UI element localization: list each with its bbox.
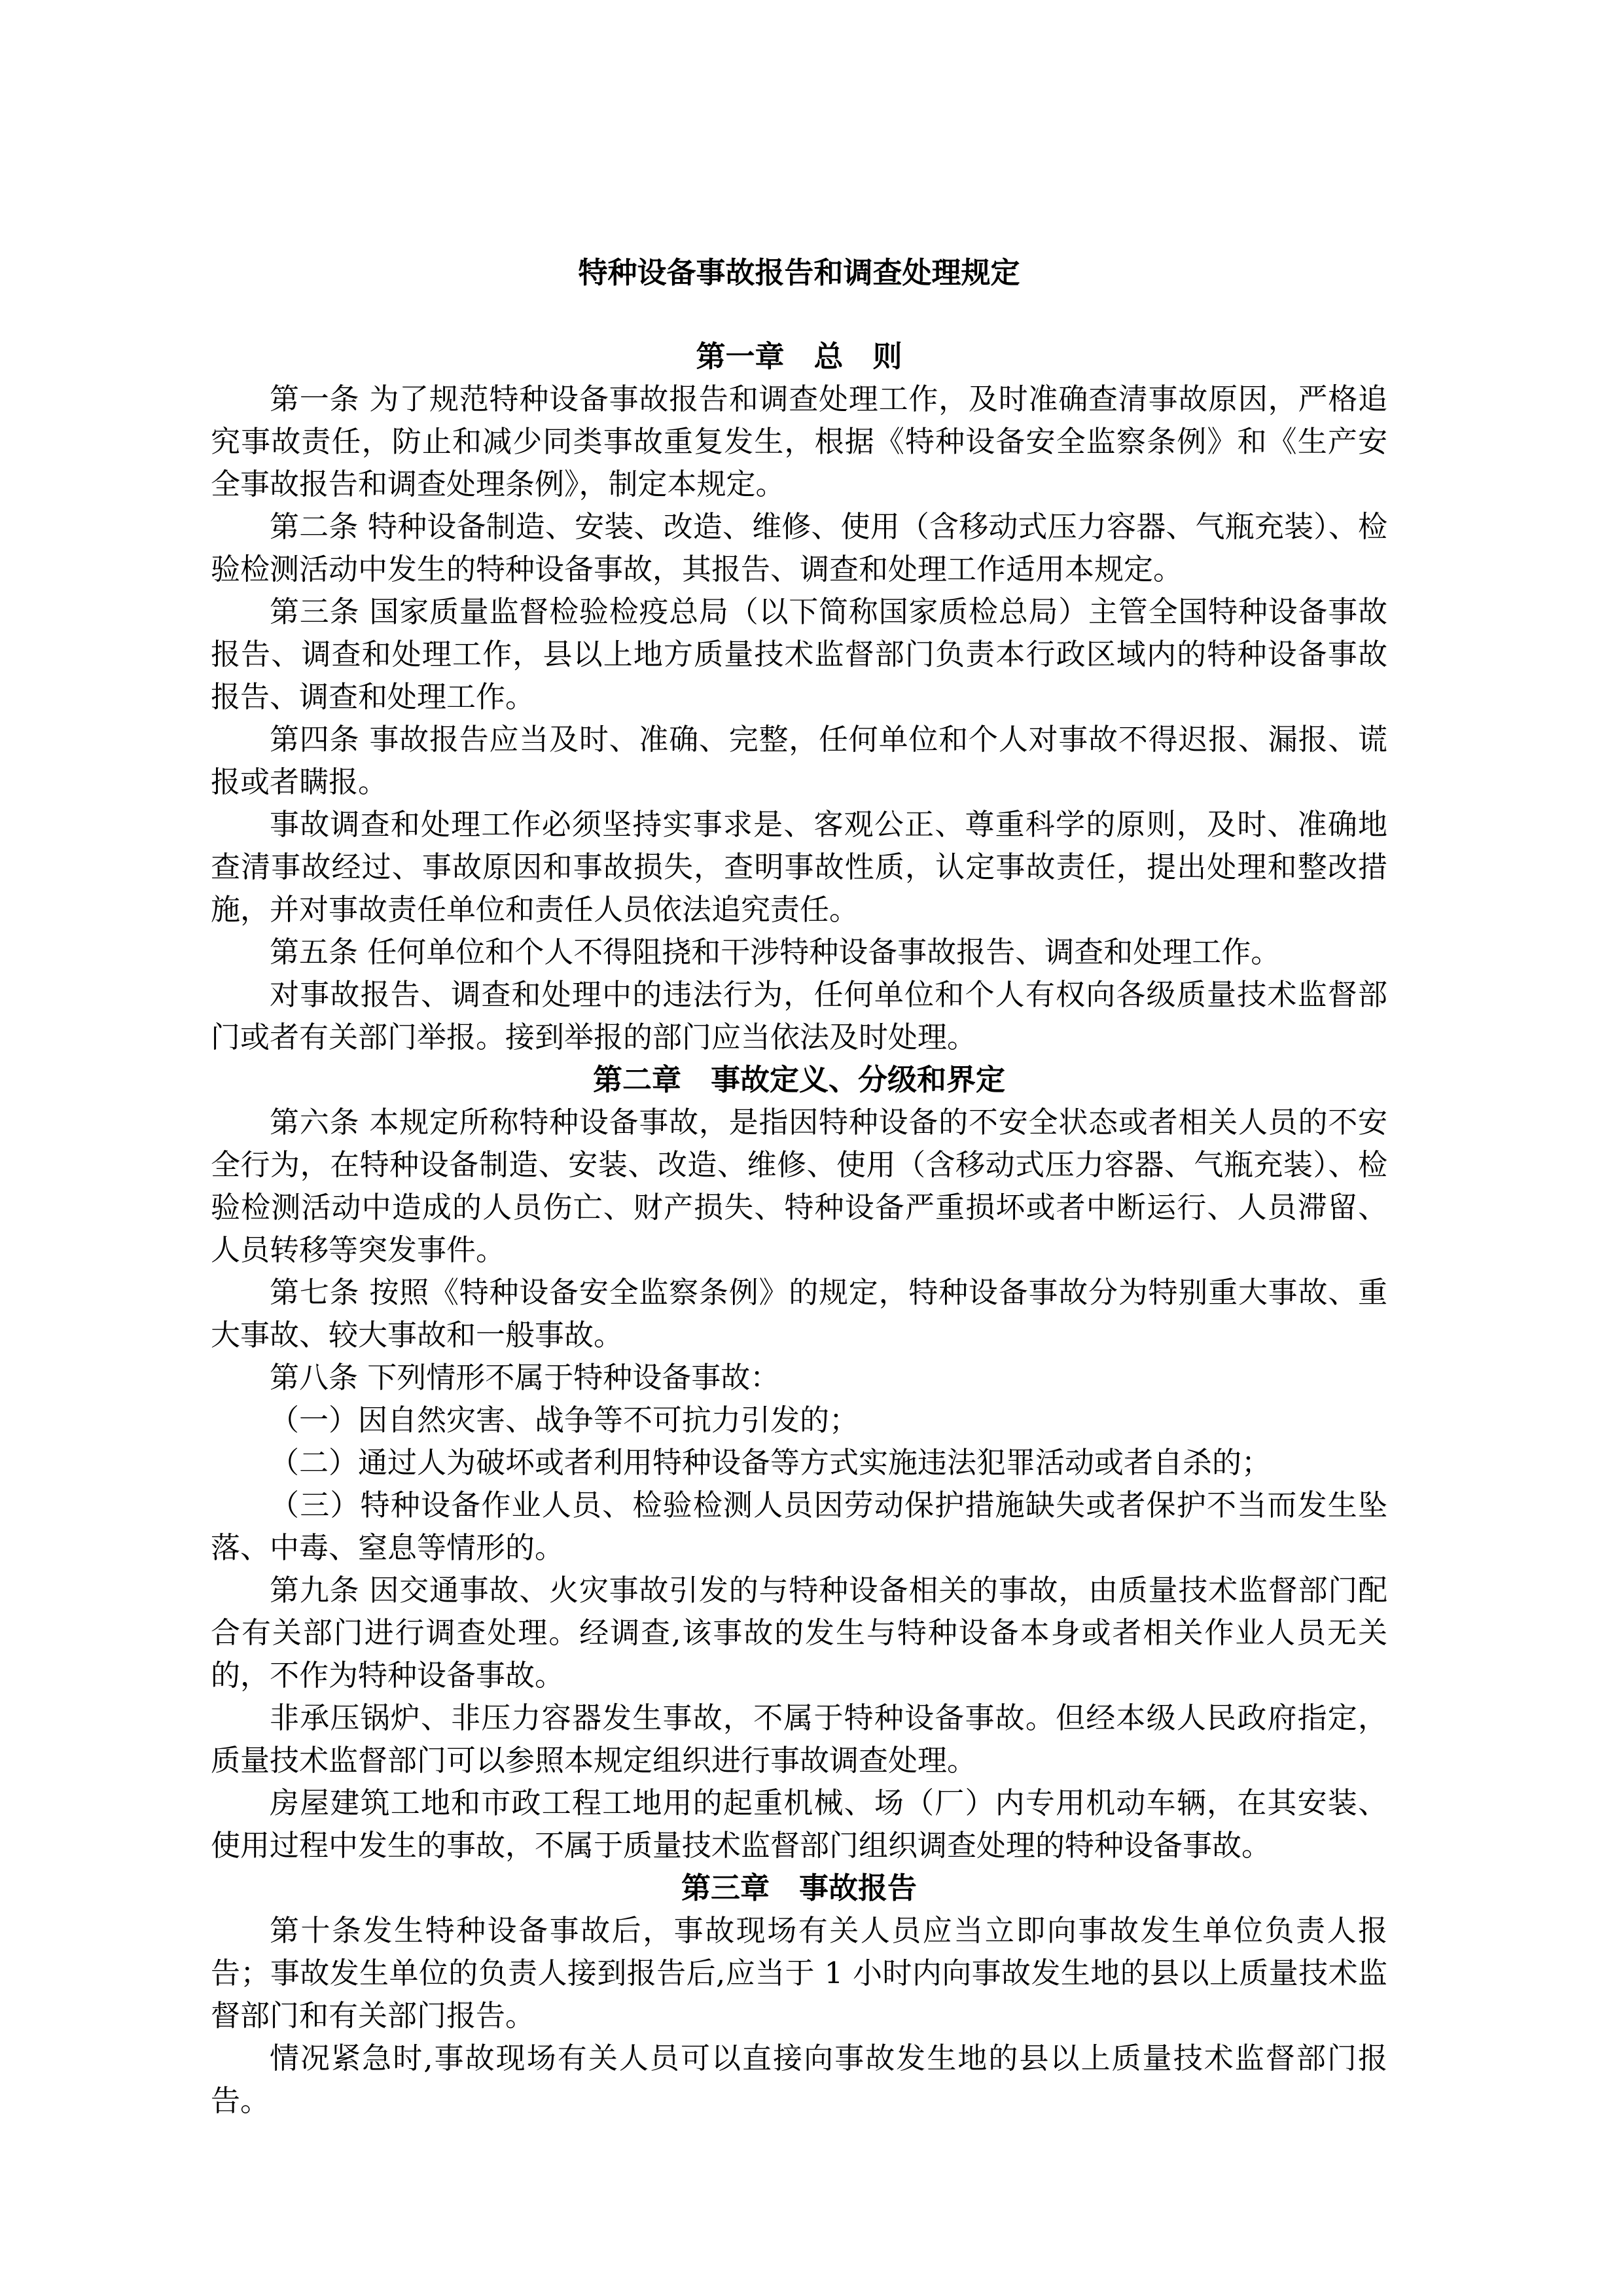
- para-article-10: 第十条发生特种设备事故后，事故现场有关人员应当立即向事故发生单位负责人报告；事故…: [211, 1909, 1387, 2037]
- para-article-8-item-2: （二）通过人为破坏或者利用特种设备等方式实施违法犯罪活动或者自杀的；: [211, 1441, 1387, 1484]
- para-article-9-continued-2: 房屋建筑工地和市政工程工地用的起重机械、场（厂）内专用机动车辆，在其安装、使用过…: [211, 1782, 1387, 1867]
- para-article-6: 第六条 本规定所称特种设备事故，是指因特种设备的不安全状态或者相关人员的不安全行…: [211, 1101, 1387, 1271]
- chapter-2-heading: 第二章 事故定义、分级和界定: [211, 1058, 1387, 1101]
- para-article-8-item-3: （三）特种设备作业人员、检验检测人员因劳动保护措施缺失或者保护不当而发生坠落、中…: [211, 1484, 1387, 1569]
- para-article-3: 第三条 国家质量监督检验检疫总局（以下简称国家质检总局）主管全国特种设备事故报告…: [211, 590, 1387, 718]
- para-article-8-item-1: （一）因自然灾害、战争等不可抗力引发的；: [211, 1399, 1387, 1441]
- document-page: 特种设备事故报告和调查处理规定 第一章 总 则 第一条 为了规范特种设备事故报告…: [0, 0, 1623, 2296]
- chapter-3-heading: 第三章 事故报告: [211, 1867, 1387, 1909]
- para-article-7: 第七条 按照《特种设备安全监察条例》的规定，特种设备事故分为特别重大事故、重大事…: [211, 1271, 1387, 1356]
- para-article-4-continued: 事故调查和处理工作必须坚持实事求是、客观公正、尊重科学的原则，及时、准确地查清事…: [211, 803, 1387, 931]
- document-title: 特种设备事故报告和调查处理规定: [211, 250, 1387, 296]
- chapter-1-heading: 第一章 总 则: [211, 335, 1387, 378]
- para-article-5-continued: 对事故报告、调查和处理中的违法行为，任何单位和个人有权向各级质量技术监督部门或者…: [211, 973, 1387, 1058]
- para-article-5: 第五条 任何单位和个人不得阻挠和干涉特种设备事故报告、调查和处理工作。: [211, 931, 1387, 973]
- para-article-8: 第八条 下列情形不属于特种设备事故：: [211, 1356, 1387, 1399]
- para-article-1: 第一条 为了规范特种设备事故报告和调查处理工作，及时准确查清事故原因，严格追究事…: [211, 378, 1387, 505]
- para-article-2: 第二条 特种设备制造、安装、改造、维修、使用（含移动式压力容器、气瓶充装）、检验…: [211, 505, 1387, 590]
- para-article-4: 第四条 事故报告应当及时、准确、完整，任何单位和个人对事故不得迟报、漏报、谎报或…: [211, 718, 1387, 803]
- para-article-10-continued: 情况紧急时,事故现场有关人员可以直接向事故发生地的县以上质量技术监督部门报告。: [211, 2037, 1387, 2122]
- para-article-9-continued-1: 非承压锅炉、非压力容器发生事故，不属于特种设备事故。但经本级人民政府指定，质量技…: [211, 1696, 1387, 1782]
- para-article-9: 第九条 因交通事故、火灾事故引发的与特种设备相关的事故，由质量技术监督部门配合有…: [211, 1569, 1387, 1696]
